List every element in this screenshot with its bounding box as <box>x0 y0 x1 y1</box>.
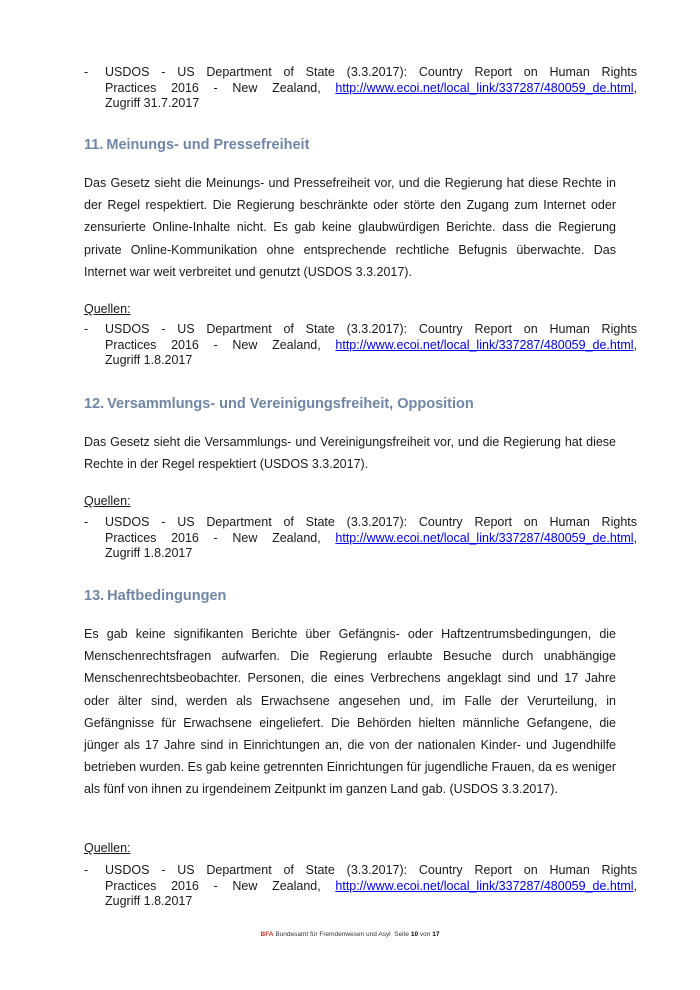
footer-org: Bundesamt für Fremdenwesen und Asyl <box>275 931 390 938</box>
section-body-11: Das Gesetz sieht die Meinungs- und Press… <box>84 172 616 283</box>
source-link[interactable]: http://www.ecoi.net/local_link/337287/48… <box>335 81 633 95</box>
source-item: - USDOS - US Department of State (3.3.20… <box>84 863 637 910</box>
source-link[interactable]: http://www.ecoi.net/local_link/337287/48… <box>335 531 633 545</box>
section-heading-11: 11.Meinungs- und Pressefreiheit <box>84 137 616 153</box>
sources-label: Quellen: <box>84 302 616 316</box>
source-citation: USDOS - US Department of State (3.3.2017… <box>105 65 637 81</box>
list-dash: - <box>84 65 88 81</box>
sources-label: Quellen: <box>84 841 616 855</box>
access-date: Zugriff 1.8.2017 <box>105 353 192 367</box>
source-item: - USDOS - US Department of State (3.3.20… <box>84 65 637 112</box>
source-item: - USDOS - US Department of State (3.3.20… <box>84 322 637 369</box>
section-heading-12: 12.Versammlungs- und Vereinigungsfreihei… <box>84 396 616 412</box>
brand-logo: BFA <box>261 931 274 938</box>
source-link[interactable]: http://www.ecoi.net/local_link/337287/48… <box>335 338 633 352</box>
page-footer: BFA Bundesamt für Fremdenwesen und Asyl … <box>0 931 700 938</box>
sources-label: Quellen: <box>84 494 616 508</box>
source-item: - USDOS - US Department of State (3.3.20… <box>84 515 637 562</box>
access-date: Zugriff 1.8.2017 <box>105 546 192 560</box>
section-heading-13: 13.Haftbedingungen <box>84 588 616 604</box>
access-date: Zugriff 1.8.2017 <box>105 894 192 908</box>
source-citation: USDOS - US Department of State (3.3.2017… <box>105 515 637 531</box>
section-body-13: Es gab keine signifikanten Berichte über… <box>84 623 616 801</box>
section-body-12: Das Gesetz sieht die Versammlungs- und V… <box>84 431 616 475</box>
page-number: 10 <box>411 931 418 938</box>
source-link[interactable]: http://www.ecoi.net/local_link/337287/48… <box>335 879 633 893</box>
access-date: Zugriff 31.7.2017 <box>105 96 199 110</box>
page-total: 17 <box>432 931 439 938</box>
source-citation: USDOS - US Department of State (3.3.2017… <box>105 863 637 879</box>
source-citation: USDOS - US Department of State (3.3.2017… <box>105 322 637 338</box>
